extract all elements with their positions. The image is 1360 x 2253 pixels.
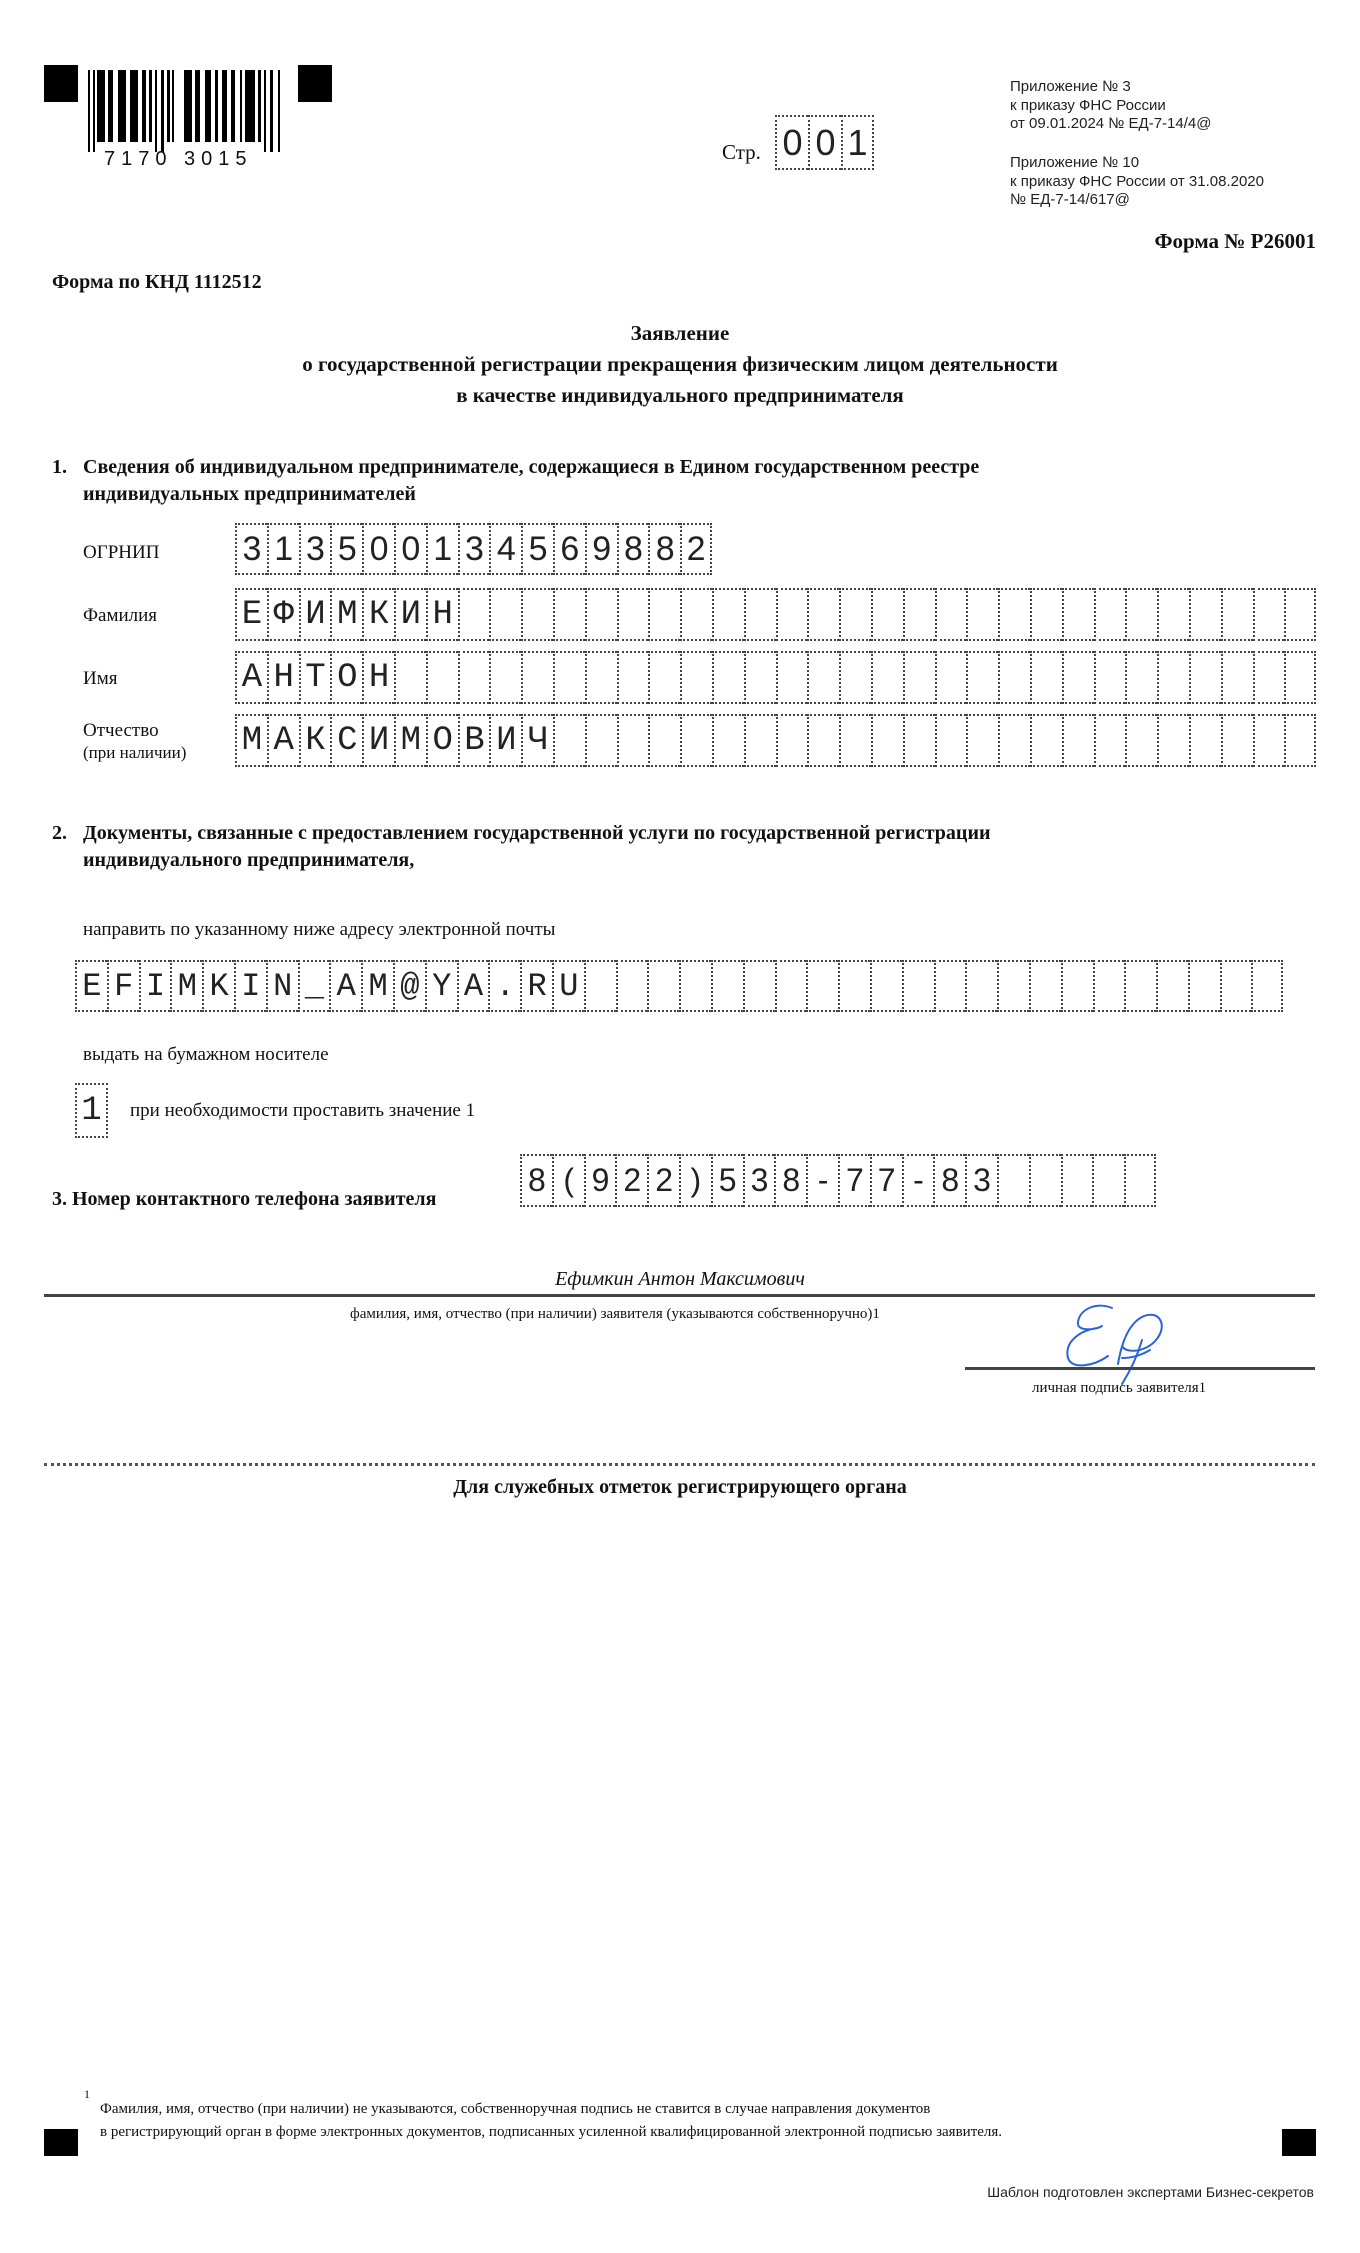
char-cell[interactable] — [807, 651, 839, 704]
char-cell[interactable]: M — [361, 960, 393, 1012]
char-cell[interactable] — [935, 714, 967, 767]
char-cell[interactable]: М — [330, 588, 362, 641]
char-cell[interactable]: 3 — [235, 523, 267, 575]
char-cell[interactable]: 8 — [617, 523, 649, 575]
char-cell[interactable] — [744, 588, 776, 641]
char-cell[interactable] — [902, 960, 934, 1012]
barcode-bar — [270, 70, 273, 152]
char-cell[interactable] — [648, 651, 680, 704]
char-cell[interactable] — [1030, 651, 1062, 704]
char-cell[interactable] — [679, 960, 711, 1012]
char-cell[interactable] — [1029, 960, 1061, 1012]
char-cell[interactable] — [997, 1154, 1029, 1207]
char-cell[interactable] — [1094, 651, 1126, 704]
char-cell[interactable] — [394, 651, 426, 704]
char-cell[interactable]: A — [457, 960, 489, 1012]
barcode-bar — [222, 70, 227, 142]
barcode-bar — [167, 70, 170, 142]
char-cell[interactable]: M — [170, 960, 202, 1012]
char-cell[interactable]: I — [234, 960, 266, 1012]
phone-label: 3. Номер контактного телефона заявителя — [52, 1186, 436, 1213]
char-cell[interactable]: A — [329, 960, 361, 1012]
char-cell[interactable] — [1221, 588, 1253, 641]
char-cell[interactable] — [838, 960, 870, 1012]
char-cell[interactable] — [458, 588, 490, 641]
barcode-bar — [161, 70, 164, 152]
char-cell[interactable]: 1 — [75, 1083, 108, 1138]
char-cell[interactable]: 2 — [680, 523, 712, 575]
char-cell[interactable]: А — [267, 714, 299, 767]
char-cell[interactable] — [1157, 651, 1189, 704]
char-cell[interactable]: Е — [235, 588, 267, 641]
char-cell[interactable] — [871, 714, 903, 767]
section-1-heading-line-2: индивидуальных предпринимателей — [83, 481, 979, 508]
char-cell[interactable]: 1 — [267, 523, 299, 575]
char-cell[interactable] — [998, 651, 1030, 704]
char-cell[interactable] — [647, 960, 679, 1012]
char-cell[interactable]: К — [362, 588, 394, 641]
footnote: Фамилия, имя, отчество (при наличии) не … — [100, 2098, 1002, 2144]
section-1-heading-line-1: Сведения об индивидуальном предпринимате… — [83, 454, 979, 481]
char-cell[interactable] — [997, 960, 1029, 1012]
char-cell[interactable] — [1284, 588, 1316, 641]
char-cell[interactable]: 8 — [520, 1154, 552, 1207]
char-cell[interactable]: 2 — [647, 1154, 679, 1207]
appendix-1-line-3: от 09.01.2024 № ЕД-7-14/4@ — [1010, 115, 1211, 134]
char-cell[interactable]: Ф — [267, 588, 299, 641]
char-cell[interactable] — [1124, 1154, 1156, 1207]
email-label: направить по указанному ниже адресу элек… — [83, 919, 555, 941]
barcode-bar — [142, 70, 146, 142]
char-cell[interactable] — [1124, 960, 1156, 1012]
char-cell[interactable] — [1157, 714, 1189, 767]
char-cell[interactable] — [935, 651, 967, 704]
char-cell[interactable] — [775, 960, 807, 1012]
char-cell[interactable]: 7 — [870, 1154, 902, 1207]
char-cell[interactable]: 1 — [841, 115, 874, 170]
name-caption: фамилия, имя, отчество (при наличии) зая… — [350, 1306, 880, 1323]
char-cell[interactable] — [521, 588, 553, 641]
patronymic-label-main: Отчество — [83, 720, 186, 742]
barcode-bar — [184, 70, 192, 142]
char-cell[interactable] — [743, 960, 775, 1012]
char-cell[interactable]: К — [299, 714, 331, 767]
char-cell[interactable] — [585, 714, 617, 767]
char-cell[interactable] — [807, 588, 839, 641]
title-line-1: Заявление — [0, 318, 1360, 349]
char-cell[interactable] — [839, 588, 871, 641]
signature-underline — [965, 1367, 1315, 1370]
appendix-1-line-1: Приложение № 3 — [1010, 78, 1211, 97]
surname-field[interactable]: ЕФИМКИН — [235, 588, 1316, 641]
footnote-marker: 1 — [84, 2087, 90, 2102]
char-cell[interactable] — [585, 651, 617, 704]
char-cell[interactable]: 6 — [553, 523, 585, 575]
page-number-field[interactable]: 001 — [775, 115, 874, 170]
char-cell[interactable] — [1189, 714, 1221, 767]
title-line-2: о государственной регистрации прекращени… — [0, 349, 1360, 380]
char-cell[interactable] — [1251, 960, 1283, 1012]
barcode-bar — [264, 70, 266, 152]
barcode-bar — [205, 70, 211, 142]
char-cell[interactable]: И — [489, 714, 521, 767]
signature-icon — [1060, 1300, 1210, 1390]
char-cell[interactable] — [807, 714, 839, 767]
char-cell[interactable] — [680, 651, 712, 704]
char-cell[interactable] — [965, 960, 997, 1012]
char-cell[interactable]: 9 — [585, 523, 617, 575]
char-cell[interactable] — [776, 588, 808, 641]
char-cell[interactable]: 4 — [489, 523, 521, 575]
phone-field[interactable]: 8(922)538-77-83 — [520, 1154, 1156, 1207]
page-label: Стр. — [722, 140, 761, 165]
char-cell[interactable] — [776, 714, 808, 767]
char-cell[interactable] — [1061, 960, 1093, 1012]
char-cell[interactable] — [712, 588, 744, 641]
barcode-bar — [245, 70, 255, 142]
char-cell[interactable]: ) — [679, 1154, 711, 1207]
char-cell[interactable]: И — [299, 588, 331, 641]
applicant-full-name: Ефимкин Антон Максимович — [0, 1268, 1360, 1291]
char-cell[interactable] — [1092, 1154, 1124, 1207]
char-cell[interactable]: Н — [362, 651, 394, 704]
char-cell[interactable] — [1221, 651, 1253, 704]
name-label: Имя — [83, 668, 117, 690]
footnote-line-1: Фамилия, имя, отчество (при наличии) не … — [100, 2098, 1002, 2121]
char-cell[interactable]: Н — [267, 651, 299, 704]
char-cell[interactable] — [1062, 714, 1094, 767]
char-cell[interactable]: 8 — [648, 523, 680, 575]
template-credit: Шаблон подготовлен экспертами Бизнес-сек… — [987, 2184, 1314, 2200]
char-cell[interactable] — [648, 714, 680, 767]
char-cell[interactable]: U — [552, 960, 584, 1012]
appendix-block-2: Приложение № 10 к приказу ФНС России от … — [1010, 154, 1264, 210]
char-cell[interactable] — [1062, 651, 1094, 704]
patronymic-label: Отчество (при наличии) — [83, 720, 186, 764]
char-cell[interactable] — [458, 651, 490, 704]
char-cell[interactable]: 5 — [521, 523, 553, 575]
char-cell[interactable]: 3 — [743, 1154, 775, 1207]
char-cell[interactable]: 8 — [774, 1154, 806, 1207]
char-cell[interactable] — [585, 588, 617, 641]
barcode-bar — [195, 70, 200, 142]
char-cell[interactable]: _ — [298, 960, 330, 1012]
signature-caption: личная подпись заявителя1 — [1032, 1380, 1206, 1397]
char-cell[interactable] — [616, 960, 648, 1012]
char-cell[interactable] — [903, 651, 935, 704]
char-cell[interactable] — [553, 588, 585, 641]
char-cell[interactable] — [776, 651, 808, 704]
corner-marker-bottom-left — [44, 2129, 78, 2156]
char-cell[interactable] — [1094, 588, 1126, 641]
char-cell[interactable]: 3 — [458, 523, 490, 575]
char-cell[interactable] — [998, 588, 1030, 641]
char-cell[interactable] — [998, 714, 1030, 767]
char-cell[interactable] — [617, 714, 649, 767]
char-cell[interactable] — [680, 588, 712, 641]
char-cell[interactable]: R — [520, 960, 552, 1012]
char-cell[interactable]: 0 — [394, 523, 426, 575]
barcode-bar — [215, 70, 218, 142]
char-cell[interactable]: 3 — [299, 523, 331, 575]
barcode-number: 7170 3015 — [104, 148, 253, 171]
char-cell[interactable] — [1189, 651, 1221, 704]
char-cell[interactable] — [617, 588, 649, 641]
char-cell[interactable] — [1157, 588, 1189, 641]
section-2-heading-line-1: Документы, связанные с предоставлением г… — [83, 820, 991, 847]
char-cell[interactable] — [744, 714, 776, 767]
char-cell[interactable]: В — [458, 714, 490, 767]
char-cell[interactable]: 1 — [426, 523, 458, 575]
char-cell[interactable] — [1284, 651, 1316, 704]
email-field[interactable]: EFIMKIN_AM@YA.RU — [75, 960, 1283, 1012]
char-cell[interactable]: - — [902, 1154, 934, 1207]
official-separator — [44, 1463, 1315, 1466]
char-cell[interactable]: И — [394, 588, 426, 641]
char-cell[interactable] — [1062, 588, 1094, 641]
char-cell[interactable]: М — [394, 714, 426, 767]
char-cell[interactable]: E — [75, 960, 107, 1012]
char-cell[interactable]: Т — [299, 651, 331, 704]
char-cell[interactable]: @ — [393, 960, 425, 1012]
char-cell[interactable] — [711, 960, 743, 1012]
corner-marker-bottom-right — [1282, 2129, 1316, 2156]
char-cell[interactable] — [1125, 588, 1157, 641]
surname-label: Фамилия — [83, 605, 157, 627]
appendix-2-line-3: № ЕД-7-14/617@ — [1010, 191, 1264, 210]
char-cell[interactable]: - — [806, 1154, 838, 1207]
char-cell[interactable]: М — [235, 714, 267, 767]
barcode-bar — [149, 70, 152, 142]
barcode-bar — [278, 70, 280, 152]
char-cell[interactable]: 0 — [362, 523, 394, 575]
char-cell[interactable] — [680, 714, 712, 767]
char-cell[interactable] — [1030, 588, 1062, 641]
name-field[interactable]: АНТОН — [235, 651, 1316, 704]
char-cell[interactable]: С — [330, 714, 362, 767]
char-cell[interactable] — [1029, 1154, 1061, 1207]
char-cell[interactable] — [712, 651, 744, 704]
char-cell[interactable]: 0 — [775, 115, 808, 170]
char-cell[interactable] — [553, 714, 585, 767]
char-cell[interactable] — [1125, 714, 1157, 767]
char-cell[interactable] — [744, 651, 776, 704]
char-cell[interactable] — [1221, 714, 1253, 767]
char-cell[interactable] — [1253, 714, 1285, 767]
ogrnip-label: ОГРНИП — [83, 542, 159, 564]
char-cell[interactable] — [870, 960, 902, 1012]
footnote-line-2: в регистрирующий орган в форме электронн… — [100, 2121, 1002, 2144]
paper-flag-field[interactable]: 1 — [75, 1083, 108, 1138]
barcode-bar — [130, 70, 138, 142]
appendix-1-line-2: к приказу ФНС России — [1010, 97, 1211, 116]
char-cell[interactable]: 5 — [711, 1154, 743, 1207]
barcode — [88, 70, 288, 152]
char-cell[interactable] — [553, 651, 585, 704]
char-cell[interactable]: О — [330, 651, 362, 704]
char-cell[interactable] — [617, 651, 649, 704]
appendix-2-line-2: к приказу ФНС России от 31.08.2020 — [1010, 173, 1264, 192]
barcode-bar — [240, 70, 242, 142]
char-cell[interactable]: Y — [425, 960, 457, 1012]
patronymic-label-sub: (при наличии) — [83, 742, 186, 764]
char-cell[interactable] — [1220, 960, 1252, 1012]
char-cell[interactable]: I — [139, 960, 171, 1012]
barcode-bar — [118, 70, 126, 142]
char-cell[interactable] — [1094, 714, 1126, 767]
section-1-number: 1. — [52, 454, 67, 481]
ogrnip-field[interactable]: 313500134569882 — [235, 523, 712, 575]
char-cell[interactable] — [584, 960, 616, 1012]
char-cell[interactable]: K — [202, 960, 234, 1012]
char-cell[interactable] — [1093, 960, 1125, 1012]
corner-marker-top-right — [298, 65, 332, 102]
char-cell[interactable] — [903, 588, 935, 641]
char-cell[interactable]: 7 — [838, 1154, 870, 1207]
title-line-3: в качестве индивидуального предпринимате… — [0, 380, 1360, 411]
char-cell[interactable]: А — [235, 651, 267, 704]
char-cell[interactable] — [1061, 1154, 1093, 1207]
section-2-number: 2. — [52, 820, 67, 847]
paper-hint: при необходимости проставить значение 1 — [130, 1100, 475, 1122]
char-cell[interactable] — [1030, 714, 1062, 767]
barcode-bar — [231, 70, 235, 142]
corner-marker-top-left — [44, 65, 78, 102]
char-cell[interactable]: О — [426, 714, 458, 767]
barcode-bar — [172, 70, 174, 142]
char-cell[interactable]: 3 — [965, 1154, 997, 1207]
char-cell[interactable]: 9 — [584, 1154, 616, 1207]
char-cell[interactable]: . — [488, 960, 520, 1012]
char-cell[interactable]: Ч — [521, 714, 553, 767]
char-cell[interactable]: 8 — [933, 1154, 965, 1207]
char-cell[interactable] — [1125, 651, 1157, 704]
patronymic-field[interactable]: МАКСИМОВИЧ — [235, 714, 1316, 767]
char-cell[interactable] — [426, 651, 458, 704]
char-cell[interactable]: И — [362, 714, 394, 767]
barcode-bar — [93, 70, 95, 152]
char-cell[interactable]: F — [107, 960, 139, 1012]
char-cell[interactable] — [1188, 960, 1220, 1012]
char-cell[interactable] — [903, 714, 935, 767]
barcode-bar — [97, 70, 105, 142]
char-cell[interactable] — [489, 588, 521, 641]
char-cell[interactable] — [966, 714, 998, 767]
char-cell[interactable]: N — [266, 960, 298, 1012]
char-cell[interactable]: ( — [552, 1154, 584, 1207]
char-cell[interactable] — [521, 651, 553, 704]
char-cell[interactable] — [712, 714, 744, 767]
char-cell[interactable] — [1156, 960, 1188, 1012]
char-cell[interactable]: 5 — [330, 523, 362, 575]
char-cell[interactable] — [839, 714, 871, 767]
char-cell[interactable] — [1189, 588, 1221, 641]
char-cell[interactable]: 0 — [808, 115, 841, 170]
char-cell[interactable] — [1253, 651, 1285, 704]
char-cell[interactable]: 2 — [615, 1154, 647, 1207]
char-cell[interactable] — [966, 588, 998, 641]
char-cell[interactable] — [871, 588, 903, 641]
char-cell[interactable] — [489, 651, 521, 704]
paper-label: выдать на бумажном носителе — [83, 1044, 329, 1066]
char-cell[interactable] — [935, 588, 967, 641]
section-1-heading: Сведения об индивидуальном предпринимате… — [83, 454, 979, 508]
appendix-2-line-1: Приложение № 10 — [1010, 154, 1264, 173]
char-cell[interactable]: Н — [426, 588, 458, 641]
barcode-bar — [155, 70, 157, 152]
char-cell[interactable] — [871, 651, 903, 704]
official-heading: Для служебных отметок регистрирующего ор… — [0, 1476, 1360, 1499]
char-cell[interactable] — [1253, 588, 1285, 641]
char-cell[interactable] — [648, 588, 680, 641]
section-2-heading: Документы, связанные с предоставлением г… — [83, 820, 991, 874]
char-cell[interactable] — [806, 960, 838, 1012]
char-cell[interactable] — [966, 651, 998, 704]
char-cell[interactable] — [934, 960, 966, 1012]
barcode-bar — [258, 70, 261, 142]
knd-code: Форма по КНД 1112512 — [52, 271, 262, 294]
char-cell[interactable] — [839, 651, 871, 704]
document-title: Заявление о государственной регистрации … — [0, 318, 1360, 411]
appendix-block-1: Приложение № 3 к приказу ФНС России от 0… — [1010, 78, 1211, 134]
char-cell[interactable] — [1284, 714, 1316, 767]
barcode-bar — [88, 70, 90, 152]
barcode-bar — [108, 70, 113, 142]
form-number: Форма № Р26001 — [1155, 229, 1317, 254]
name-underline — [44, 1294, 1315, 1297]
section-2-heading-line-2: индивидуального предпринимателя, — [83, 847, 991, 874]
